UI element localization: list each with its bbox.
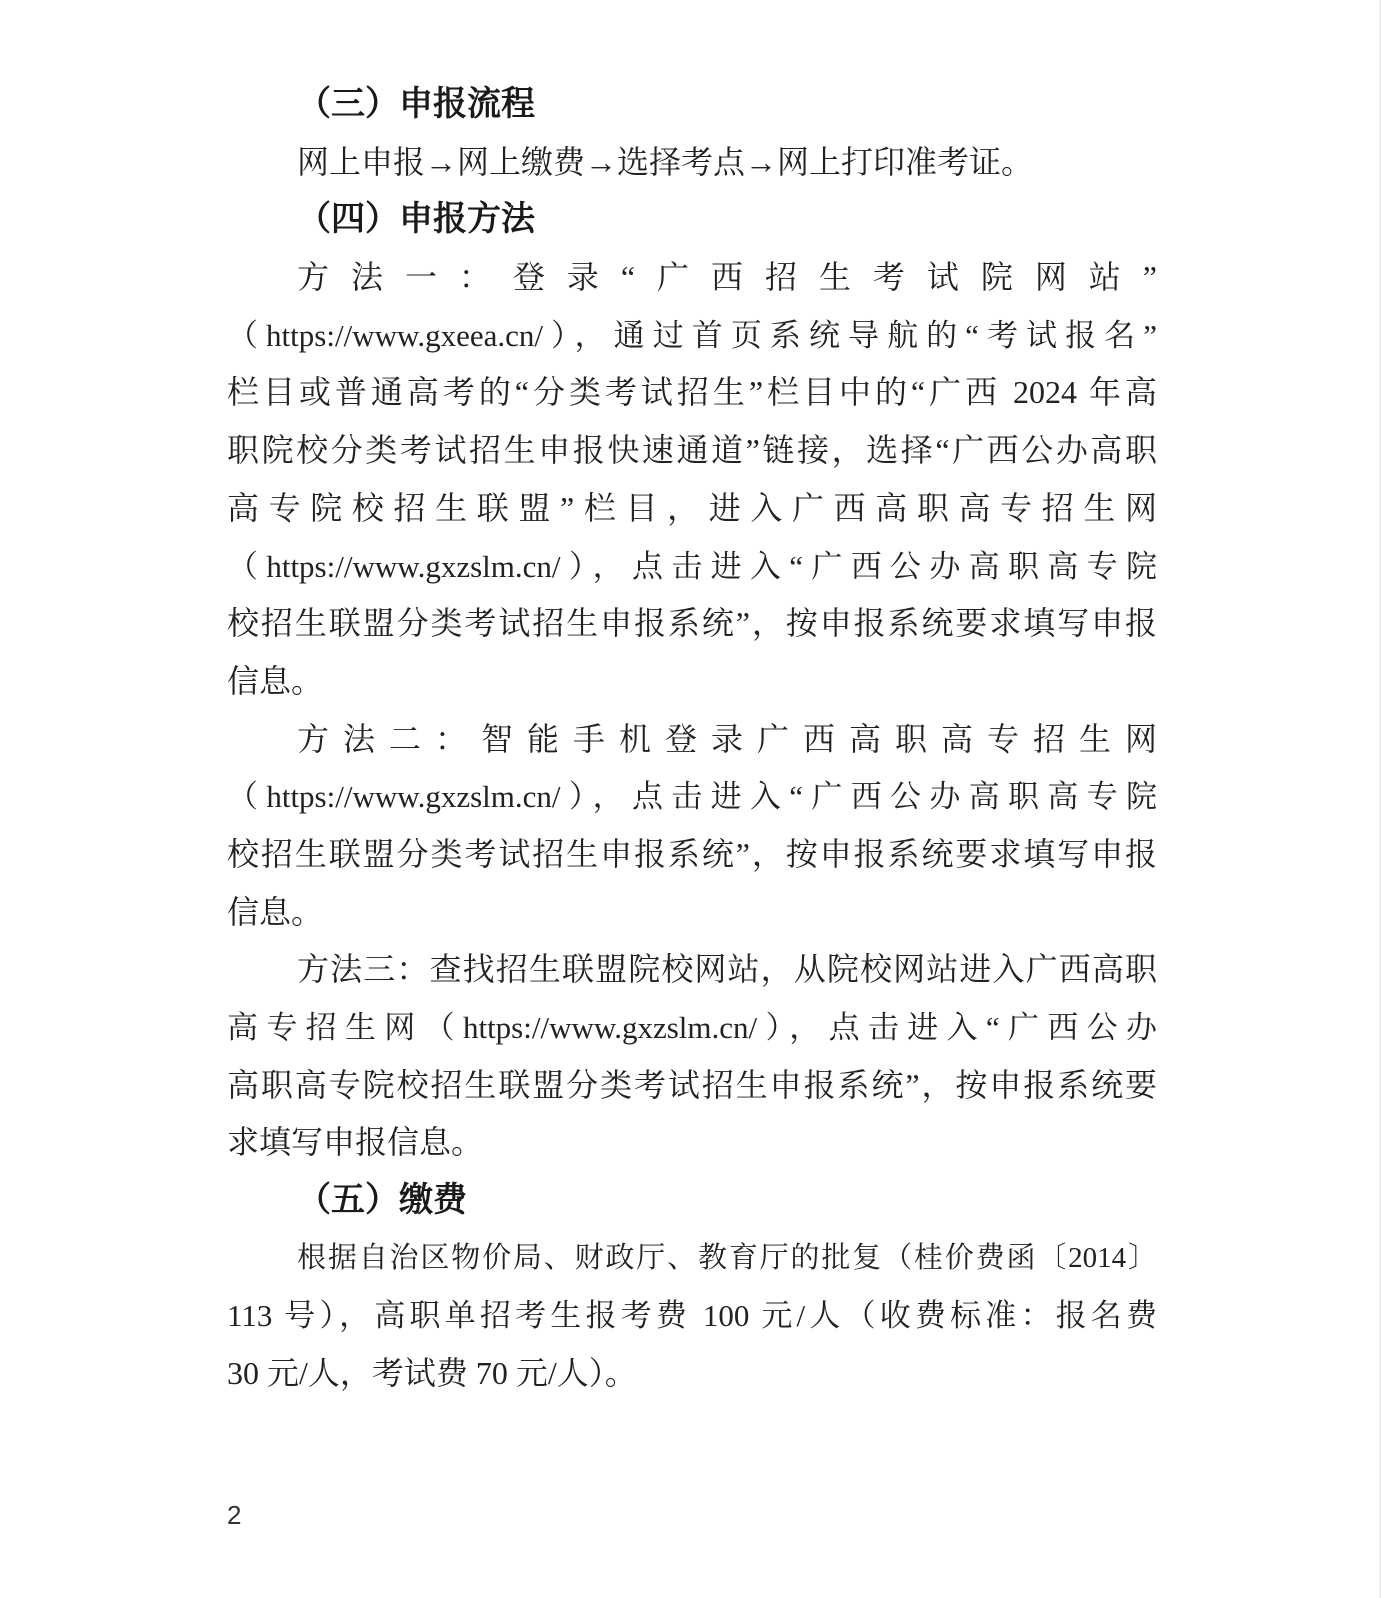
text-line: 校招生联盟分类考试招生申报系统”，按申报系统要求填写申报 <box>227 595 1157 653</box>
text-line-method-2: 方法二：智能手机登录广西高职高专招生网 <box>227 711 1157 769</box>
page-number: 2 <box>227 1500 241 1530</box>
text-line-fee-amount: 113 号），高职单招考生报考费 100 元/人（收费标准：报名费 <box>227 1287 1157 1345</box>
heading-section-5-payment: （五）缴费 <box>227 1172 1157 1230</box>
document-page: （三）申报流程 网上申报→网上缴费→选择考点→网上打印准考证。 （四）申报方法 … <box>0 0 1381 1598</box>
text-line-url-gxeea: （https://www.gxeea.cn/），通过首页系统导航的“考试报名” <box>227 307 1157 365</box>
text-line-method-3: 方法三：查找招生联盟院校网站，从院校网站进入广西高职 <box>227 941 1157 999</box>
document-text-block: （三）申报流程 网上申报→网上缴费→选择考点→网上打印准考证。 （四）申报方法 … <box>227 76 1157 1403</box>
text-line-fee-breakdown: 30 元/人，考试费 70 元/人）。 <box>227 1345 1157 1403</box>
heading-section-4-application-methods: （四）申报方法 <box>227 191 1157 249</box>
text-line-paragraph-end: 信息。 <box>227 884 1157 942</box>
text-line-application-flow: 网上申报→网上缴费→选择考点→网上打印准考证。 <box>227 134 1157 192</box>
text-line: 职院校分类考试招生申报快速通道”链接，选择“广西公办高职 <box>227 422 1157 480</box>
text-line-paragraph-end: 信息。 <box>227 653 1157 711</box>
text-line: 校招生联盟分类考试招生申报系统”，按申报系统要求填写申报 <box>227 826 1157 884</box>
text-line-method-1: 方法一：登录“广西招生考试院网站” <box>227 249 1157 307</box>
heading-section-3-application-process: （三）申报流程 <box>227 76 1157 134</box>
text-line-url-gxzslm: 高专招生网（https://www.gxzslm.cn/），点击进入“广西公办 <box>227 999 1157 1057</box>
text-line-fee-approval: 根据自治区物价局、财政厅、教育厅的批复（桂价费函〔2014〕 <box>227 1230 1157 1288</box>
text-line-paragraph-end: 求填写申报信息。 <box>227 1114 1157 1172</box>
text-line: 栏目或普通高考的“分类考试招生”栏目中的“广西 2024 年高 <box>227 364 1157 422</box>
text-line-url-gxzslm: （https://www.gxzslm.cn/），点击进入“广西公办高职高专院 <box>227 538 1157 596</box>
text-line: 高专院校招生联盟”栏目，进入广西高职高专招生网 <box>227 480 1157 538</box>
text-line: 高职高专院校招生联盟分类考试招生申报系统”，按申报系统要 <box>227 1057 1157 1115</box>
text-line-url-gxzslm: （https://www.gxzslm.cn/），点击进入“广西公办高职高专院 <box>227 768 1157 826</box>
